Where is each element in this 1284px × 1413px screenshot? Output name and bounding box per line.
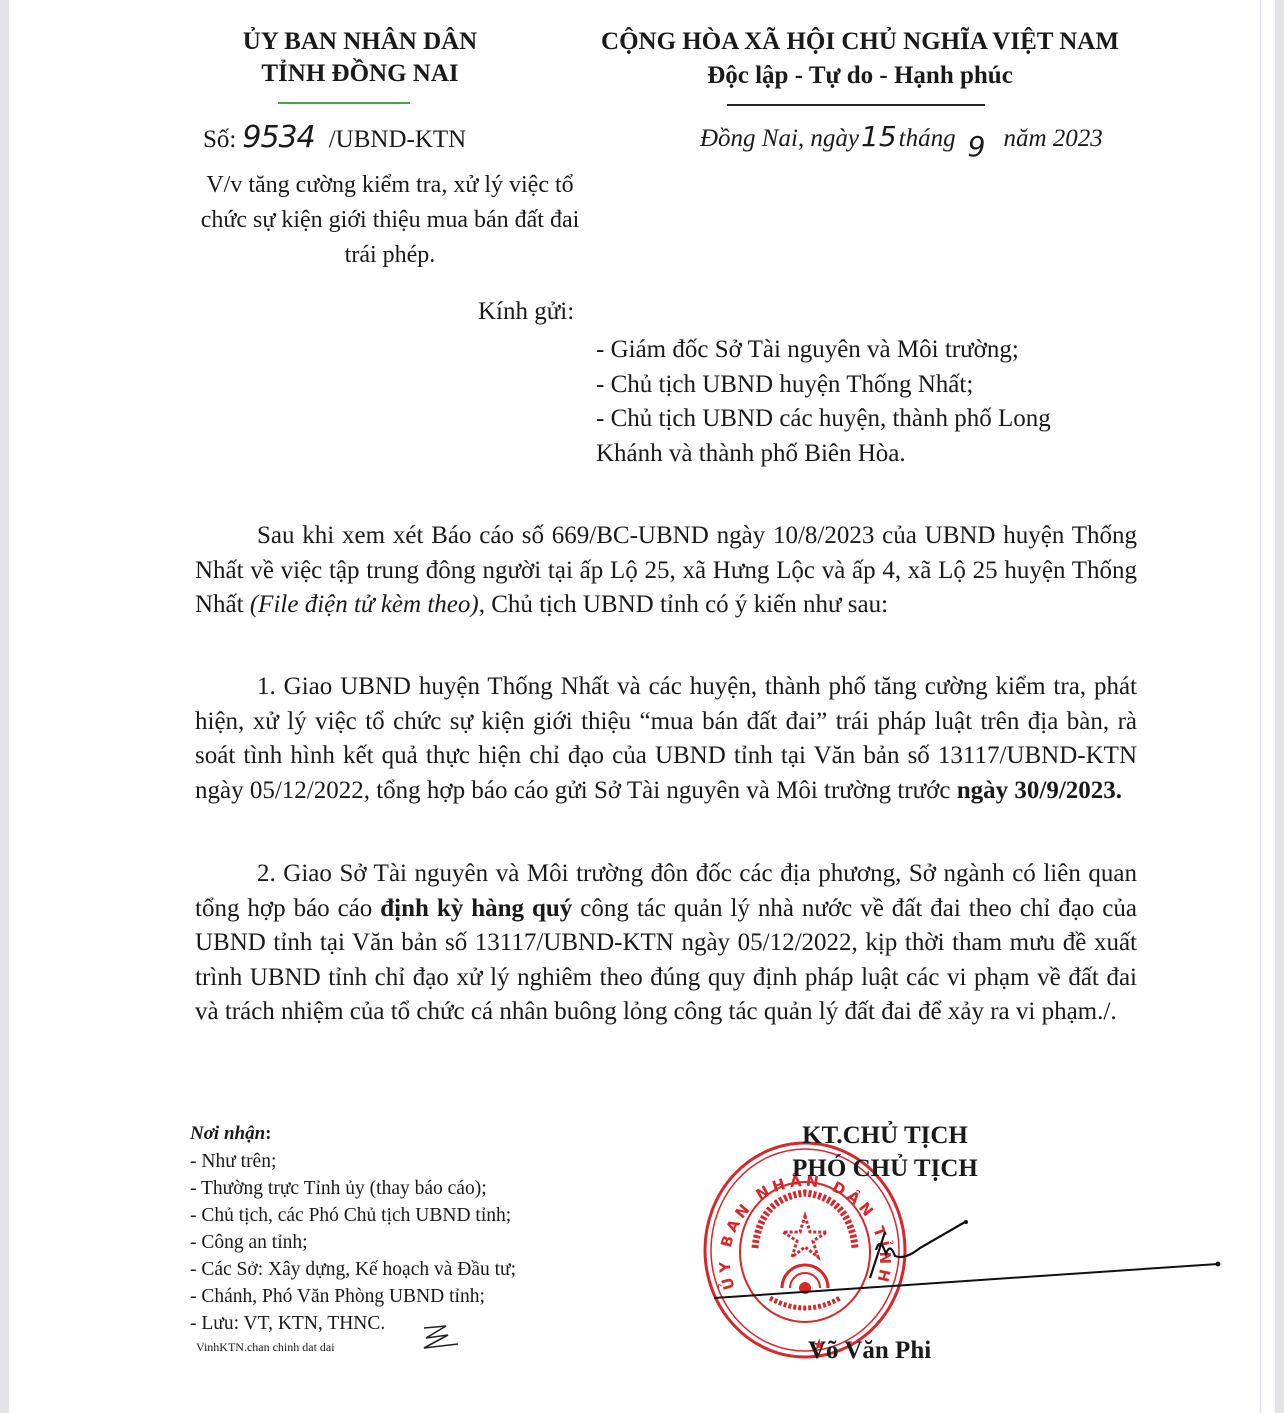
document-number-prefix: Số: (203, 126, 236, 153)
page-edge-line (1260, 0, 1261, 1413)
place-date-day: 15 (861, 120, 897, 153)
recipients-label: Kính gửi: (478, 298, 574, 326)
body-item-1: 1. Giao UBND huyện Thống Nhất và các huy… (195, 670, 1137, 808)
distribution-label-text: Nơi nhận (190, 1123, 265, 1144)
document-number: Số:9534/UBND-KTN (203, 120, 466, 155)
issuing-authority-line2: TỈNH ĐỒNG NAI (190, 60, 530, 88)
place-date-month: 9 (968, 130, 986, 163)
document-number-handwritten: 9534 (242, 120, 314, 155)
page-edge-right (1275, 0, 1284, 1413)
distribution-item: - Công an tỉnh; (190, 1230, 308, 1256)
authority-underline (278, 102, 410, 104)
signer-name: Võ Văn Phi (808, 1337, 931, 1365)
place-date-year: năm 2023 (1003, 125, 1102, 152)
place-date-prefix: Đồng Nai, ngày (700, 125, 859, 152)
body-item-2: 2. Giao Sở Tài nguyên và Môi trường đôn … (195, 857, 1137, 1030)
distribution-item: - Chủ tịch, các Phó Chủ tịch UBND tỉnh; (190, 1203, 511, 1229)
distribution-item: - Chánh, Phó Văn Phòng UBND tỉnh; (190, 1284, 485, 1310)
document-subject: V/v tăng cường kiểm tra, xử lý việc tổ c… (190, 168, 590, 273)
body-intro: Sau khi xem xét Báo cáo số 669/BC-UBND n… (195, 519, 1137, 623)
recipient-item: - Chủ tịch UBND các huyện, thành phố Lon… (596, 405, 1051, 433)
distribution-label-colon: : (265, 1123, 271, 1144)
distribution-item: - Các Sở: Xây dựng, Kế hoạch và Đầu tư; (190, 1257, 516, 1283)
distribution-label: Nơi nhận: (190, 1123, 271, 1145)
document-number-suffix: /UBND-KTN (329, 126, 467, 153)
issuing-authority-line1: ỦY BAN NHÂN DÂN (190, 28, 530, 56)
distribution-item: - Thường trực Tỉnh ủy (thay báo cáo); (190, 1176, 487, 1202)
file-note: VinhKTN.chan chinh dat dai (196, 1340, 335, 1355)
signature-title-line2: PHÓ CHỦ TỊCH (780, 1155, 990, 1183)
distribution-item: - Lưu: VT, KTN, THNC. (190, 1311, 385, 1337)
motto-underline (727, 104, 985, 106)
signature-title-line1: KT.CHỦ TỊCH (780, 1122, 990, 1150)
initials-mark-icon (418, 1322, 468, 1352)
recipient-item: Khánh và thành phố Biên Hòa. (596, 440, 906, 468)
item1-deadline: ngày 30/9/2023. (957, 777, 1122, 804)
item2-emphasis: định kỳ hàng quý (380, 895, 572, 922)
intro-text-end: , Chủ tịch UBND tỉnh có ý kiến như sau: (479, 591, 888, 618)
place-date: Đồng Nai, ngày15tháng9năm 2023 (700, 120, 1103, 153)
recipient-item: - Giám đốc Sở Tài nguyên và Môi trường; (596, 336, 1019, 364)
national-title: CỘNG HÒA XÃ HỘI CHỦ NGHĨA VIỆT NAM (570, 28, 1150, 56)
distribution-item: - Như trên; (190, 1149, 276, 1175)
place-date-month-label: tháng (899, 125, 956, 152)
intro-attachment-note: (File điện tử kèm theo) (250, 591, 479, 618)
national-motto: Độc lập - Tự do - Hạnh phúc (570, 62, 1150, 90)
recipient-item: - Chủ tịch UBND huyện Thống Nhất; (596, 371, 973, 399)
page-edge-left (0, 0, 9, 1413)
